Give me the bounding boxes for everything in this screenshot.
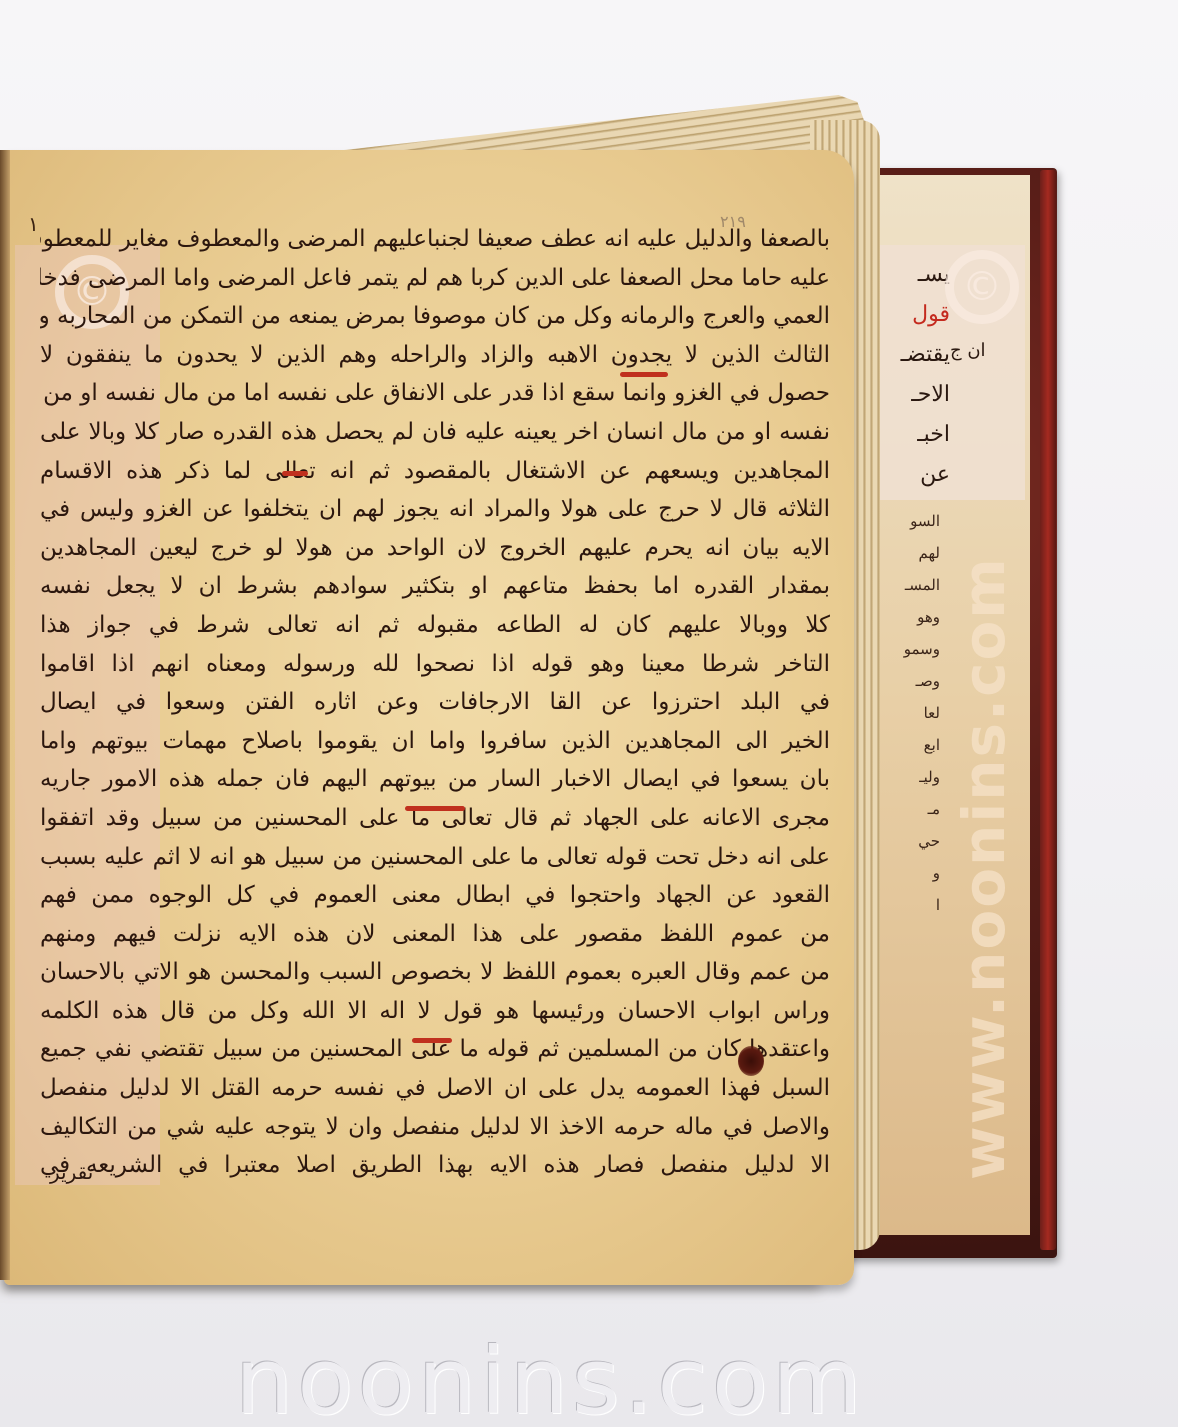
text-line: وراس ابواب الاحسان ورئيسها هو قول لا اله… xyxy=(40,992,830,1031)
text-line: الايه بيان انه يحرم عليهم الخروج لان الو… xyxy=(40,529,830,568)
catchword: تقرير xyxy=(50,1160,93,1184)
facing-line: لعا xyxy=(880,697,940,729)
facing-line: الاحـ xyxy=(880,375,950,415)
facing-line: وسمو xyxy=(880,633,940,665)
rubric-mark xyxy=(412,1038,452,1043)
text-line: الثالث الذين لا يجدون الاهبه والزاد والر… xyxy=(40,336,830,375)
text-line: القعود عن الجهاد واحتجوا في ابطال معنى ا… xyxy=(40,876,830,915)
text-line: من عمم وقال العبره بعموم اللفظ لا بخصوص … xyxy=(40,953,830,992)
facing-line: ا xyxy=(880,889,940,921)
facing-line: وصـ xyxy=(880,665,940,697)
facing-line: ابع xyxy=(880,729,940,761)
facing-line: المسـ xyxy=(880,569,940,601)
facing-line: اخبـ xyxy=(880,415,950,455)
text-line: الخير الى المجاهدين الذين سافروا واما ان… xyxy=(40,722,830,761)
vertical-watermark: www.noonins.com xyxy=(950,660,1030,1180)
ink-stain xyxy=(738,1046,764,1076)
facing-line: مـ xyxy=(880,793,940,825)
text-line: نفسه او من مال انسان اخر يعينه عليه فان … xyxy=(40,413,830,452)
rubric-mark xyxy=(405,806,465,811)
facing-line: لهم xyxy=(880,537,940,569)
facing-line: و xyxy=(880,857,940,889)
text-line: المجاهدين ويسعهم عن الاشتغال بالمقصود ثم… xyxy=(40,452,830,491)
copyright-watermark-icon: © xyxy=(945,250,1019,324)
text-line: التاخر شرطا معينا وهو قوله اذا نصحوا لله… xyxy=(40,645,830,684)
text-line: العمي والعرج والرمانه وكل من كان موصوفا … xyxy=(40,297,830,336)
facing-page-text: يسـ قول يقتضـ الاحـ اخبـ عن xyxy=(880,255,950,495)
text-line: واعتقدها كان من المسلمين ثم قوله ما على … xyxy=(40,1030,830,1069)
text-line: كلا ووبالا عليهم كان له الطاعه مقبوله ثم… xyxy=(40,606,830,645)
facing-page-lower-text: السو لهم المسـ وهو وسمو وصـ لعا ابع وليـ… xyxy=(880,505,940,921)
facing-line: وهو xyxy=(880,601,940,633)
cover-edge xyxy=(1040,170,1056,1250)
text-line: السبل فهذا العمومه يدل على ان الاصل في ن… xyxy=(40,1069,830,1108)
text-line: على انه دخل تحت قوله تعالى ما على المحسن… xyxy=(40,838,830,877)
text-line: من عموم اللفظ مقصور على هذا المعنى لان ه… xyxy=(40,915,830,954)
text-line: بان يسعوا في ايصال الاخبار السار من بيوت… xyxy=(40,760,830,799)
book-spine xyxy=(0,150,10,1280)
rubric-mark xyxy=(282,471,308,476)
text-line: الا لدليل منفصل فصار هذه الايه بهذا الطر… xyxy=(40,1146,830,1185)
text-line: بمقدار القدره اما بحفظ متاعهم او بتكثير … xyxy=(40,567,830,606)
text-line: الثلاثه قال لا حرج على هولا والمراد انه … xyxy=(40,490,830,529)
facing-line: عن xyxy=(880,455,950,495)
facing-line: يسـ xyxy=(880,255,950,295)
text-line: والاصل في ماله حرمه الاخذ الا لدليل منفص… xyxy=(40,1108,830,1147)
text-line: بالصعفا والدليل عليه انه عطف صعيفا لجنبا… xyxy=(40,220,830,259)
facing-line: حي xyxy=(880,825,940,857)
text-line: عليه حاما محل الصعفا على الدين كربا هم ل… xyxy=(40,259,830,298)
facing-line: يقتضـ xyxy=(880,335,950,375)
rubric-mark xyxy=(620,372,668,377)
text-line: في البلد احترزوا عن القا الارجافات وعن ا… xyxy=(40,683,830,722)
bottom-watermark: noonins.com xyxy=(235,1328,855,1427)
facing-line: السو xyxy=(880,505,940,537)
marginal-note: ان ج xyxy=(950,340,986,361)
text-line: مجرى الاعانه على الجهاد ثم قال تعالى ما … xyxy=(40,799,830,838)
facing-line: وليـ xyxy=(880,761,940,793)
margin-mark: ١ xyxy=(28,212,39,236)
text-line: حصول في الغزو وانما سقع اذا قدر على الان… xyxy=(40,374,830,413)
facing-line-rubric: قول xyxy=(880,295,950,335)
